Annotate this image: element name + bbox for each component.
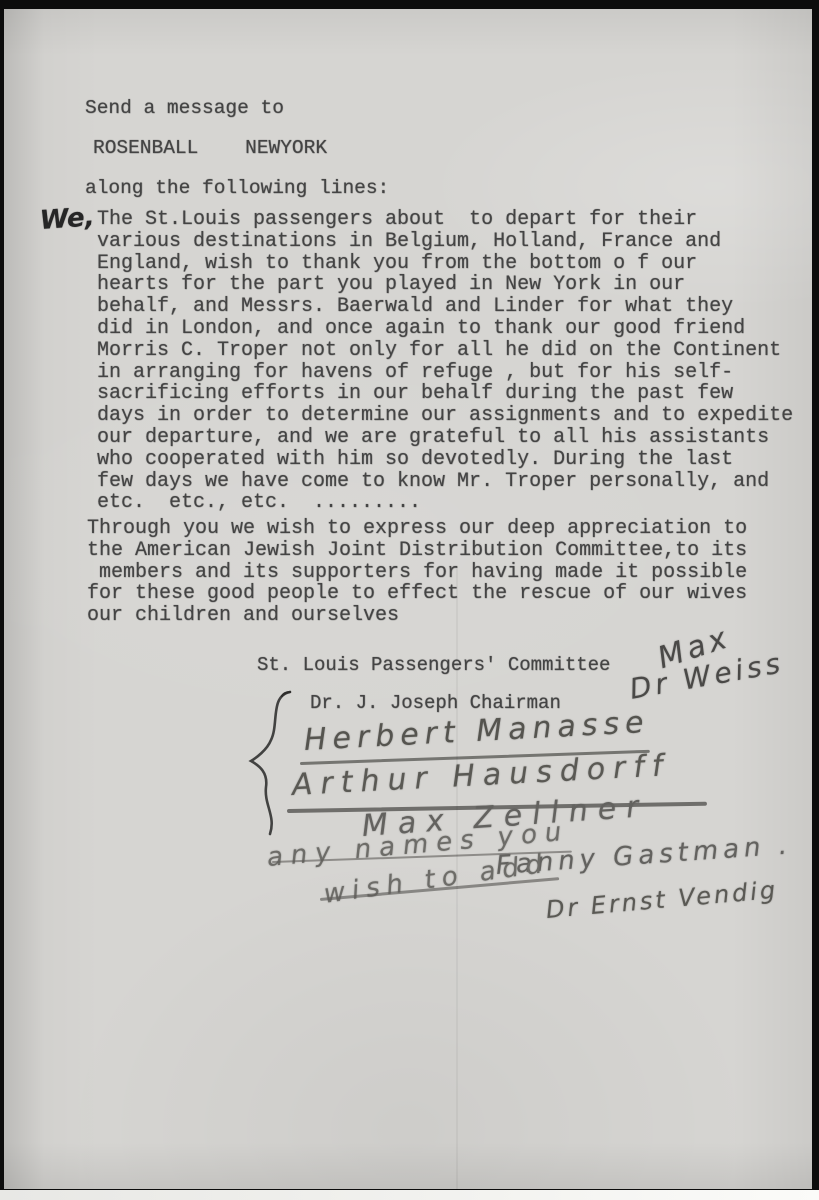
typed-line: members and its supporters for having ma…: [87, 562, 747, 584]
paper-sheet: Send a message to ROSENBALL NEWYORK alon…: [4, 9, 812, 1189]
header-line-1: Send a message to: [85, 97, 284, 119]
typed-line: behalf, and Messrs. Baerwald and Linder …: [97, 296, 793, 318]
typed-line: days in order to determine our assignmen…: [97, 405, 793, 427]
typed-line: The St.Louis passengers about to depart …: [97, 209, 793, 231]
handwritten-we-annotation: We,: [39, 202, 95, 236]
scan-edge-strip: [0, 1190, 819, 1200]
paper-crease: [456, 569, 458, 1194]
typed-line: sacrificing efforts in our behalf during…: [97, 383, 793, 405]
paragraph-main: The St.Louis passengers about to depart …: [97, 209, 793, 514]
typed-line: Through you we wish to express our deep …: [87, 518, 747, 540]
signature-dr-ernst-vendig: Dr Ernst Vendig: [545, 876, 779, 924]
typed-line: etc. etc., etc. .........: [97, 492, 793, 514]
typed-line: our children and ourselves: [87, 605, 747, 627]
typed-line: for these good people to effect the resc…: [87, 583, 747, 605]
typed-line: who cooperated with him so devotedly. Du…: [97, 449, 793, 471]
typed-line: Morris C. Troper not only for all he did…: [97, 340, 793, 362]
typed-line: in arranging for havens of refuge , but …: [97, 362, 793, 384]
header-line-3: along the following lines:: [85, 177, 389, 199]
typed-line: the American Jewish Joint Distribution C…: [87, 540, 747, 562]
paragraph-appreciation: Through you we wish to express our deep …: [87, 518, 747, 627]
handwritten-brace-mark: [246, 688, 294, 838]
committee-line: St. Louis Passengers' Committee: [257, 654, 610, 676]
typed-line: various destinations in Belgium, Holland…: [97, 231, 793, 253]
typed-line: our departure, and we are grateful to al…: [97, 427, 793, 449]
typed-line: did in London, and once again to thank o…: [97, 318, 793, 340]
typed-line: hearts for the part you played in New Yo…: [97, 274, 793, 296]
typed-line: few days we have come to know Mr. Troper…: [97, 471, 793, 493]
scanned-document-page: Send a message to ROSENBALL NEWYORK alon…: [0, 0, 819, 1200]
typed-line: England, wish to thank you from the bott…: [97, 253, 793, 275]
recipient-line: ROSENBALL NEWYORK: [93, 137, 327, 159]
